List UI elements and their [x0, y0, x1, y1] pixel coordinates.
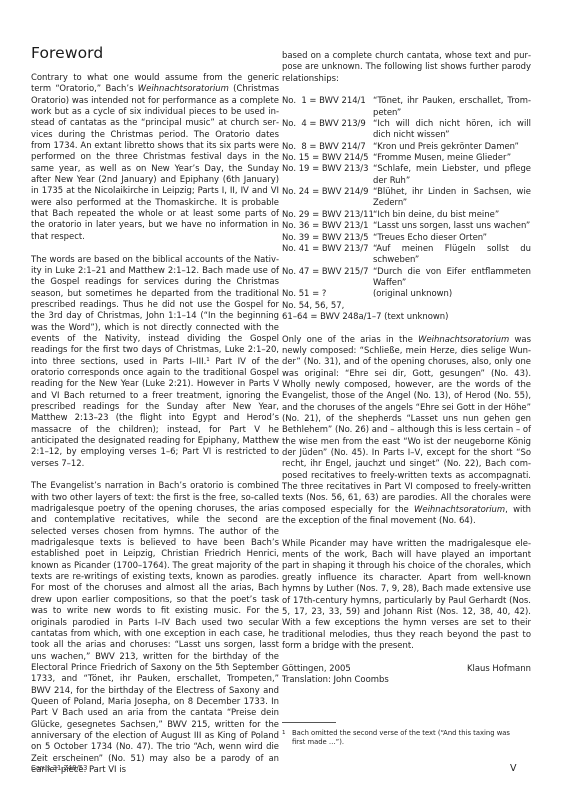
list-item: No. 24 = BWV 214/9“Blühet, ihr Linden in…	[282, 186, 531, 209]
translator-credit: Translation: John Coombs	[282, 674, 531, 685]
list-item: No. 36 = BWV 213/1“Lasst uns sorgen, las…	[282, 220, 531, 231]
author-name: Klaus Hofmann	[467, 663, 531, 674]
list-item: No. 39 = BWV 213/5“Treues Echo dieser Or…	[282, 232, 531, 243]
paragraph-intro: Contrary to what one would assume from t…	[31, 72, 279, 242]
list-item: No. 1 = BWV 214/1“Tönet, ihr Pauken, ers…	[282, 95, 531, 118]
page-title: Foreword	[31, 44, 103, 62]
place-date: Göttingen, 2005	[282, 663, 351, 674]
right-column: based on a complete church cantata, whos…	[282, 50, 531, 685]
document-page: Foreword Contrary to what one would assu…	[0, 0, 563, 800]
list-item: No. 15 = BWV 214/5“Fromme Musen, meine G…	[282, 152, 531, 163]
catalog-number: Carus 31.248/53	[31, 764, 87, 772]
list-item: No. 51 = ?(original unknown)	[282, 288, 531, 299]
list-item: No. 29 = BWV 213/11“Ich bin deine, du bi…	[282, 209, 531, 220]
list-item: No. 4 = BWV 213/9“Ich will dich nicht hö…	[282, 118, 531, 141]
list-item: No. 19 = BWV 213/3“Schlafe, mein Liebste…	[282, 163, 531, 186]
paragraph-gospel: The words are based on the biblical acco…	[31, 254, 279, 470]
work-title: Weihnachtsoratorium	[418, 334, 509, 344]
list-item: 61–64 = BWV 248a/1–7 (text unknown)	[282, 311, 531, 322]
footnote-number: 1	[282, 729, 292, 748]
parody-list: No. 1 = BWV 214/1“Tönet, ihr Pauken, ers…	[282, 95, 531, 322]
signature-block: Göttingen, 2005 Klaus Hofmann Translatio…	[282, 663, 531, 686]
list-item: No. 47 = BWV 215/7“Durch die von Eifer e…	[282, 266, 531, 289]
list-item: No. 54, 56, 57,	[282, 300, 531, 311]
paragraph-parody-intro: based on a complete church cantata, whos…	[282, 50, 531, 84]
paragraph-chorales: While Picander may have written the madr…	[282, 538, 531, 651]
footnote-text: Bach omitted the second verse of the tex…	[292, 729, 522, 748]
paragraph-evangelist: The Evangelist’s narration in Bach’s ora…	[31, 480, 279, 775]
footnote-divider	[282, 722, 336, 723]
work-title: Weihnachtsoratorium	[414, 504, 505, 514]
list-item: No. 41 = BWV 213/7“Auf meinen Flügeln so…	[282, 243, 531, 266]
work-title: Weihnachtsoratorium	[138, 83, 229, 93]
page-number: V	[510, 763, 517, 774]
left-column: Contrary to what one would assume from t…	[31, 72, 279, 787]
footnote: 1 Bach omitted the second verse of the t…	[282, 729, 522, 748]
paragraph-new-compositions: Only one of the arias in the Weihnachtso…	[282, 334, 531, 527]
list-item: No. 8 = BWV 214/7“Kron und Preis gekrönt…	[282, 141, 531, 152]
